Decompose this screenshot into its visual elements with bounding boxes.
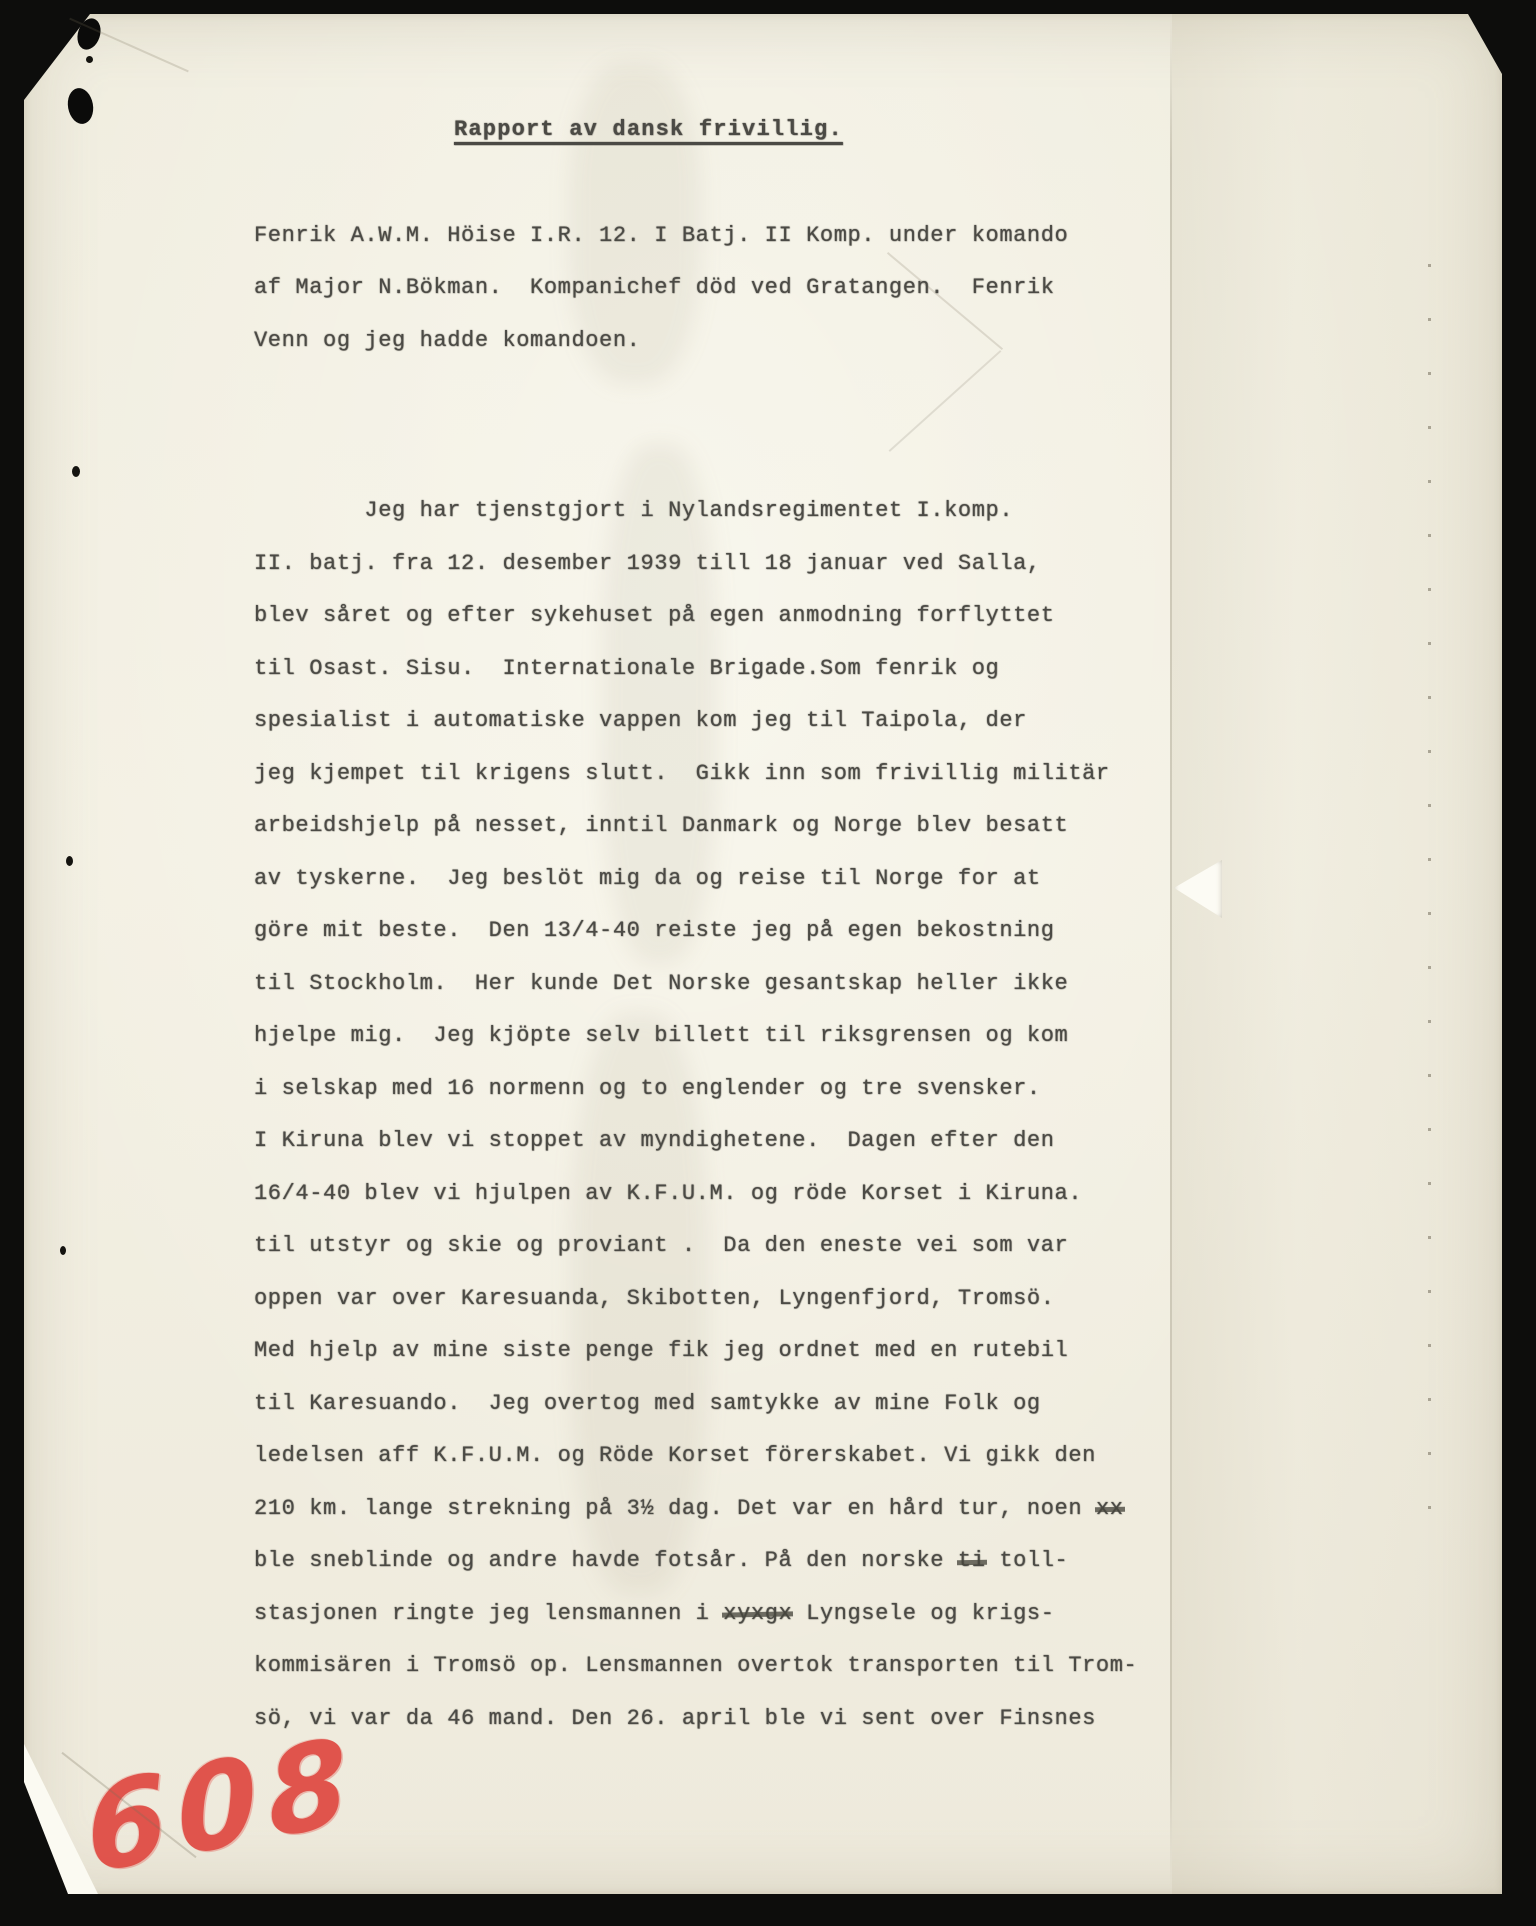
typed-line: blev såret og efter sykehuset på egen an… (254, 590, 1254, 643)
typed-line: I Kiruna blev vi stoppet av myndighetene… (254, 1115, 1254, 1168)
scanner-mark (86, 56, 93, 63)
perforation-dots (1428, 264, 1431, 1524)
typed-line: spesialist i automatiske vappen kom jeg … (254, 695, 1254, 748)
typed-line: Venn og jeg hadde komandoen. (254, 315, 1254, 368)
typed-line: av tyskerne. Jeg beslöt mig da og reise … (254, 853, 1254, 906)
typed-line: 210 km. lange strekning på 3½ dag. Det v… (254, 1483, 1254, 1536)
typed-line: oppen var over Karesuanda, Skibotten, Ly… (254, 1273, 1254, 1326)
typed-line: Jeg har tjenstgjort i Nylandsregimentet … (254, 485, 1254, 538)
scanner-mark (60, 1246, 66, 1255)
typed-line: til Stockholm. Her kunde Det Norske gesa… (254, 958, 1254, 1011)
archive-number-handwritten: 608 (80, 1710, 363, 1901)
scanner-mark (66, 856, 73, 866)
typed-line: hjelpe mig. Jeg kjöpte selv billett til … (254, 1010, 1254, 1063)
typed-line: göre mit beste. Den 13/4-40 reiste jeg p… (254, 905, 1254, 958)
paper-sheet: Rapport av dansk frivillig. Fenrik A.W.M… (24, 14, 1502, 1894)
paragraph: Fenrik A.W.M. Höise I.R. 12. I Batj. II … (254, 210, 1254, 368)
typed-line: 16/4-40 blev vi hjulpen av K.F.U.M. og r… (254, 1168, 1254, 1221)
typed-line: arbeidshjelp på nesset, inntil Danmark o… (254, 800, 1254, 853)
page-title: Rapport av dansk frivillig. (454, 104, 1254, 157)
typed-line: ledelsen aff K.F.U.M. og Röde Korset för… (254, 1430, 1254, 1483)
typed-line: af Major N.Bökman. Kompanichef död ved G… (254, 262, 1254, 315)
struck-out-text: ti (958, 1548, 986, 1573)
scanner-mark (65, 86, 96, 126)
typed-line: jeg kjempet til krigens slutt. Gikk inn … (254, 748, 1254, 801)
struck-out-text: xyxgx (723, 1601, 792, 1626)
struck-out-text: xx (1096, 1496, 1124, 1521)
paragraph: Jeg har tjenstgjort i Nylandsregimentet … (254, 485, 1254, 1745)
scanner-mark (72, 466, 80, 477)
typed-line: stasjonen ringte jeg lensmannen i xyxgx … (254, 1588, 1254, 1641)
typed-line: sö, vi var da 46 mand. Den 26. april ble… (254, 1693, 1254, 1746)
scanned-archive-page: { "colors": { "scan_background": "#0d0d0… (0, 0, 1536, 1926)
typed-text-block: Rapport av dansk frivillig. Fenrik A.W.M… (254, 104, 1254, 1745)
typed-line: kommisären i Tromsö op. Lensmannen overt… (254, 1640, 1254, 1693)
typed-body: Fenrik A.W.M. Höise I.R. 12. I Batj. II … (254, 210, 1254, 1746)
typed-line: til Karesuando. Jeg overtog med samtykke… (254, 1378, 1254, 1431)
typed-line: Med hjelp av mine siste penge fik jeg or… (254, 1325, 1254, 1378)
typed-line: til Osast. Sisu. Internationale Brigade.… (254, 643, 1254, 696)
typed-line: ble sneblinde og andre havde fotsår. På … (254, 1535, 1254, 1588)
typed-line: Fenrik A.W.M. Höise I.R. 12. I Batj. II … (254, 210, 1254, 263)
typed-line: til utstyr og skie og proviant . Da den … (254, 1220, 1254, 1273)
typed-line: i selskap med 16 normenn og to englender… (254, 1063, 1254, 1116)
typed-line: II. batj. fra 12. desember 1939 till 18 … (254, 538, 1254, 591)
